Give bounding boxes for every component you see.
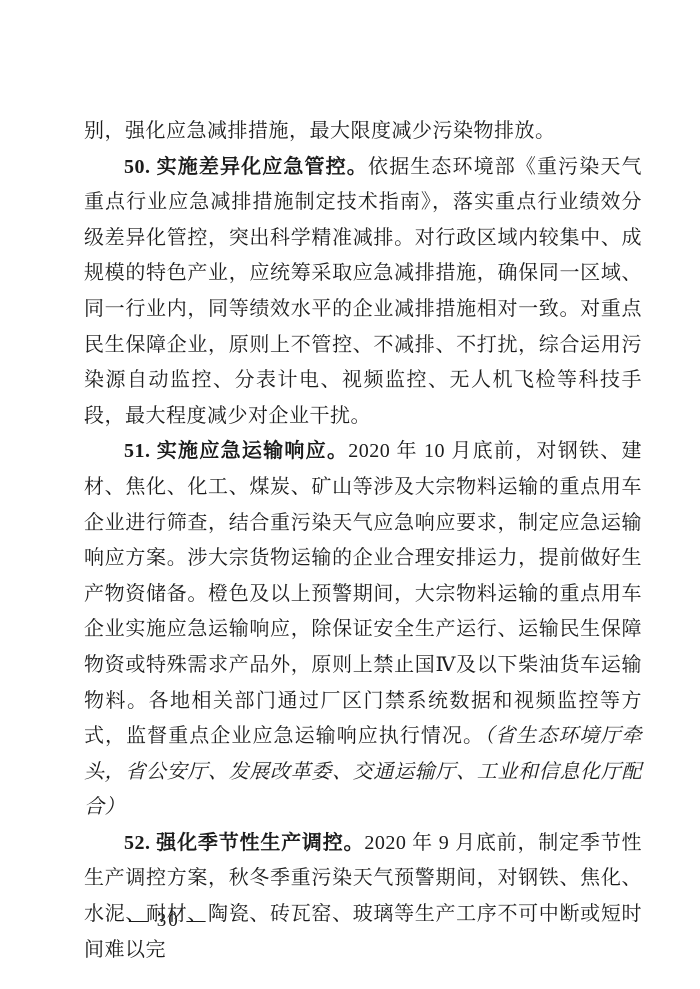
item-52-heading: 52. 强化季节性生产调控。 bbox=[124, 832, 364, 854]
item-51-text: 2020 年 10 月底前，对钢铁、建材、焦化、化工、煤炭、矿山等涉及大宗物料运… bbox=[84, 440, 642, 747]
page-number: — 30 — bbox=[102, 888, 208, 954]
page-number-text: — 30 — bbox=[129, 910, 208, 931]
document-body: 别，强化应急减排措施，最大限度减少污染物排放。50. 实施差异化应急管控。依据生… bbox=[84, 114, 642, 968]
paragraph-continuation: 别，强化应急减排措施，最大限度减少污染物排放。 bbox=[84, 114, 642, 150]
item-51-heading: 51. 实施应急运输响应。 bbox=[124, 440, 348, 462]
document-page: 别，强化应急减排措施，最大限度减少污染物排放。50. 实施差异化应急管控。依据生… bbox=[0, 0, 700, 989]
paragraph-item-51: 51. 实施应急运输响应。2020 年 10 月底前，对钢铁、建材、焦化、化工、… bbox=[84, 434, 642, 826]
paragraph-item-50: 50. 实施差异化应急管控。依据生态环境部《重污染天气重点行业应急减排措施制定技… bbox=[84, 150, 642, 435]
paragraph-continuation-text: 别，强化应急减排措施，最大限度减少污染物排放。 bbox=[84, 120, 556, 142]
item-50-text: 依据生态环境部《重污染天气重点行业应急减排措施制定技术指南》，落实重点行业绩效分… bbox=[84, 156, 642, 427]
item-50-heading: 50. 实施差异化应急管控。 bbox=[124, 156, 368, 178]
